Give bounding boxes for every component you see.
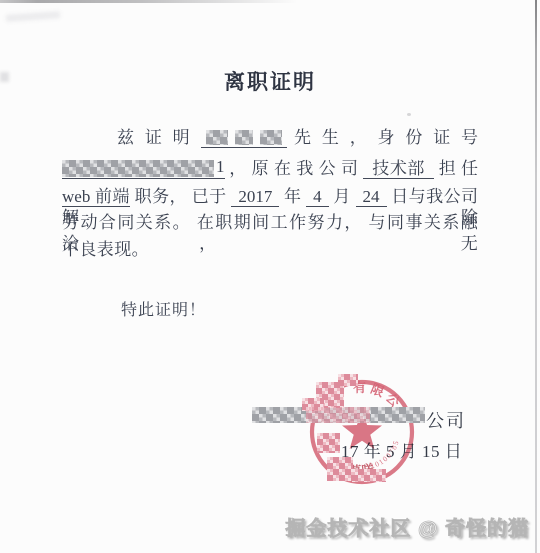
body-text: 担 任 xyxy=(439,159,478,178)
page-title: 离职证明 xyxy=(0,66,540,96)
watermark-credit: 掘金技术社区 @ 奇怪的猫 xyxy=(285,512,529,541)
redacted-id-mosaic: 1 xyxy=(62,156,225,179)
scan-speck xyxy=(407,113,411,116)
scan-top-edge-artifact xyxy=(0,0,310,3)
mosaic-block xyxy=(352,469,386,482)
scan-smudge xyxy=(6,11,60,22)
department-field: 技术部 xyxy=(363,159,434,179)
redacted-name-mosaic xyxy=(201,130,287,148)
body-text: 年 xyxy=(284,187,301,206)
body-text: 兹 证 明 xyxy=(117,128,193,147)
body-text: 月 xyxy=(333,187,350,206)
year-field: 2017 xyxy=(231,187,279,207)
redacted-date-prefix-mosaic xyxy=(317,433,340,453)
mosaic-block xyxy=(260,130,282,145)
company-name-suffix: 公司 xyxy=(426,407,466,433)
position-field: web 前端 xyxy=(62,187,130,207)
mosaic-block xyxy=(327,457,353,481)
body-line-1: 兹 证 明 先 生 ， 身 份 证 号 xyxy=(62,127,478,148)
mosaic-block xyxy=(338,374,358,386)
body-text: 先 生 ， 身 份 证 号 xyxy=(294,128,478,147)
body-text: ， 原 在 我 公 司 xyxy=(229,159,358,178)
body-line-2: 1 ， 原 在 我 公 司 技术部 担 任 xyxy=(62,156,478,179)
month-field: 4 xyxy=(306,187,329,207)
scanned-certificate-page: 离职证明 兹 证 明 先 生 ， 身 份 证 号 1 ， 原 在 我 公 司 技… xyxy=(0,0,540,553)
id-visible-digit: 1 xyxy=(216,156,225,177)
mosaic-block xyxy=(62,160,214,177)
mosaic-block xyxy=(206,130,228,145)
body-text: 职务， 已于 xyxy=(135,187,227,206)
closing-statement: 特此证明！ xyxy=(121,297,206,320)
mosaic-block xyxy=(235,130,253,145)
day-field: 24 xyxy=(356,187,387,207)
mosaic-block xyxy=(306,407,370,423)
body-line-5: 不良表现。 xyxy=(62,239,478,260)
